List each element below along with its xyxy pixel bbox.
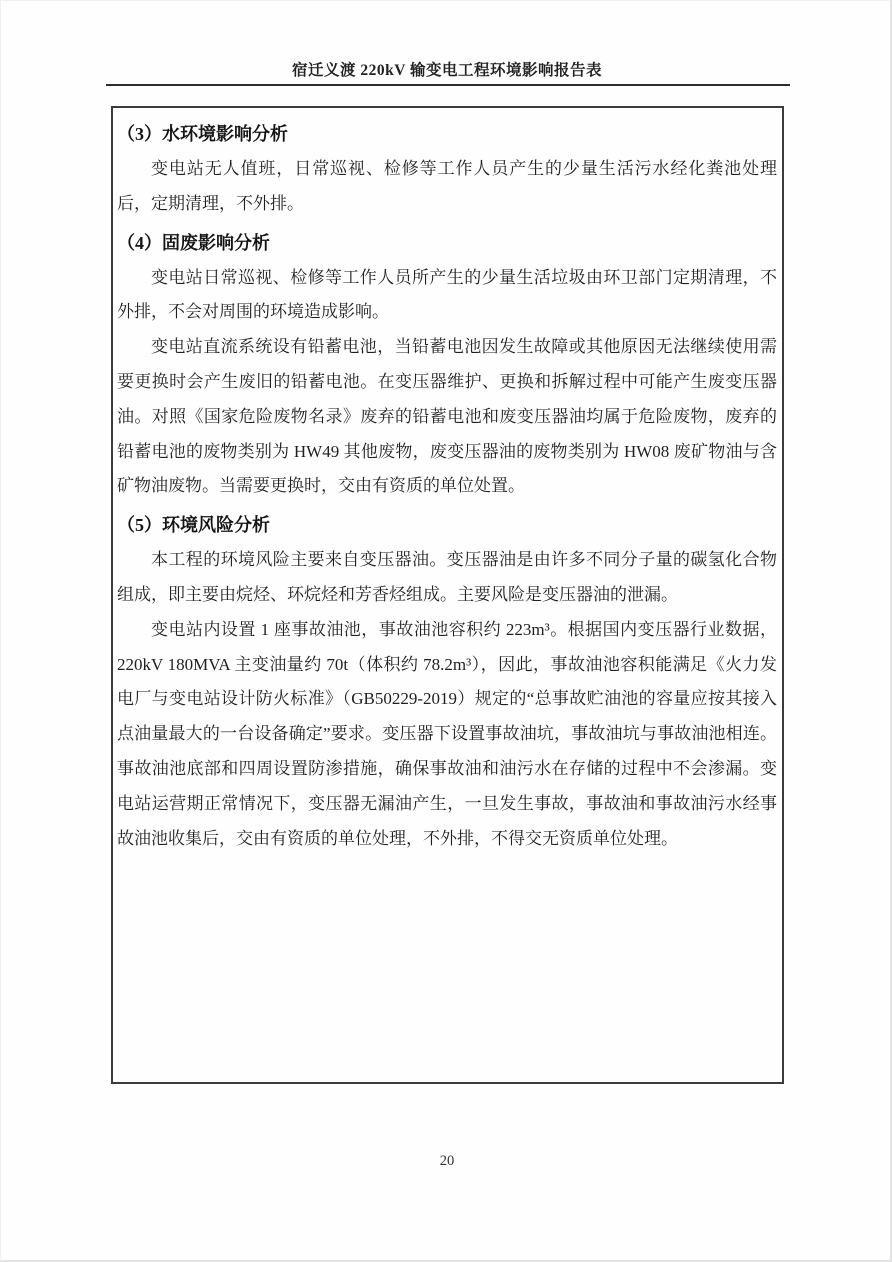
content-table-cell: （3）水环境影响分析 变电站无人值班，日常巡视、检修等工作人员产生的少量生活污水…	[111, 106, 784, 1084]
paragraph-water-environment: 变电站无人值班，日常巡视、检修等工作人员产生的少量生活污水经化粪池处理后，定期清…	[117, 152, 777, 222]
header-rule	[106, 84, 790, 86]
paragraph-environmental-risk-1: 本工程的环境风险主要来自变压器油。变压器油是由许多不同分子量的碳氢化合物组成，即…	[117, 543, 777, 613]
paragraph-solid-waste-1: 变电站日常巡视、检修等工作人员所产生的少量生活垃圾由环卫部门定期清理，不外排，不…	[117, 261, 777, 331]
header-title: 宿迁义渡 220kV 输变电工程环境影响报告表	[1, 58, 892, 80]
section-heading-solid-waste: （4）固废影响分析	[117, 225, 777, 261]
section-heading-water-environment: （3）水环境影响分析	[117, 116, 777, 152]
page-number: 20	[1, 1153, 892, 1170]
document-page: 宿迁义渡 220kV 输变电工程环境影响报告表 （3）水环境影响分析 变电站无人…	[0, 0, 892, 1262]
paragraph-solid-waste-2: 变电站直流系统设有铅蓄电池，当铅蓄电池因发生故障或其他原因无法继续使用需要更换时…	[117, 330, 777, 504]
section-heading-environmental-risk: （5）环境风险分析	[117, 507, 777, 543]
paragraph-environmental-risk-2: 变电站内设置 1 座事故油池，事故油池容积约 223m³。根据国内变压器行业数据…	[117, 613, 777, 857]
